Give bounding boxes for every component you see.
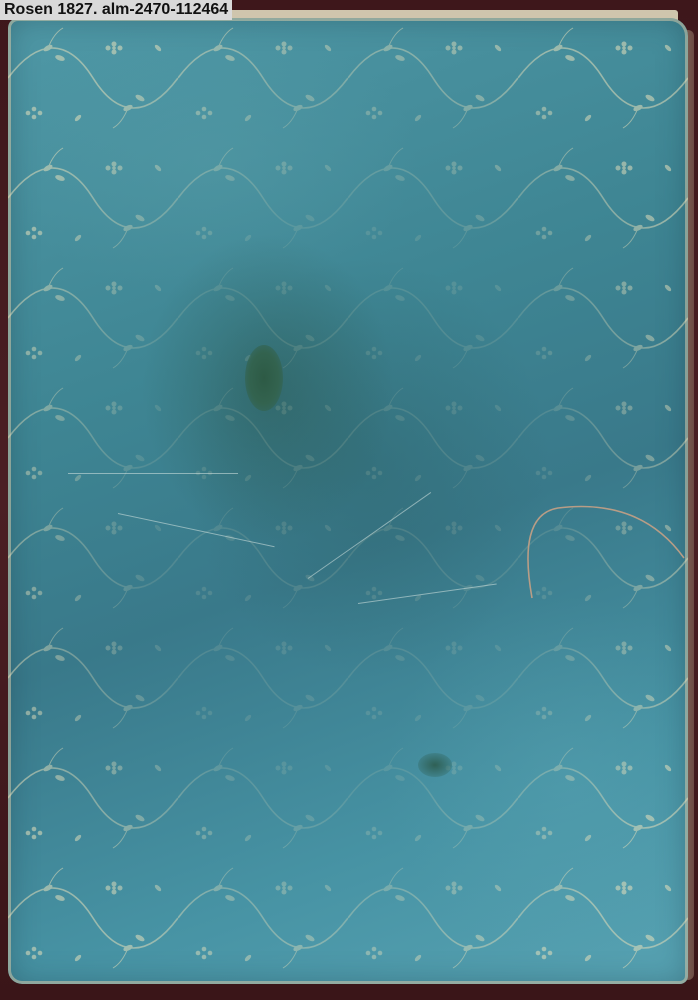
stray-thread	[8, 18, 688, 984]
image-caption: Rosen 1827. alm-2470-112464	[0, 0, 232, 20]
book-cover	[8, 18, 688, 984]
